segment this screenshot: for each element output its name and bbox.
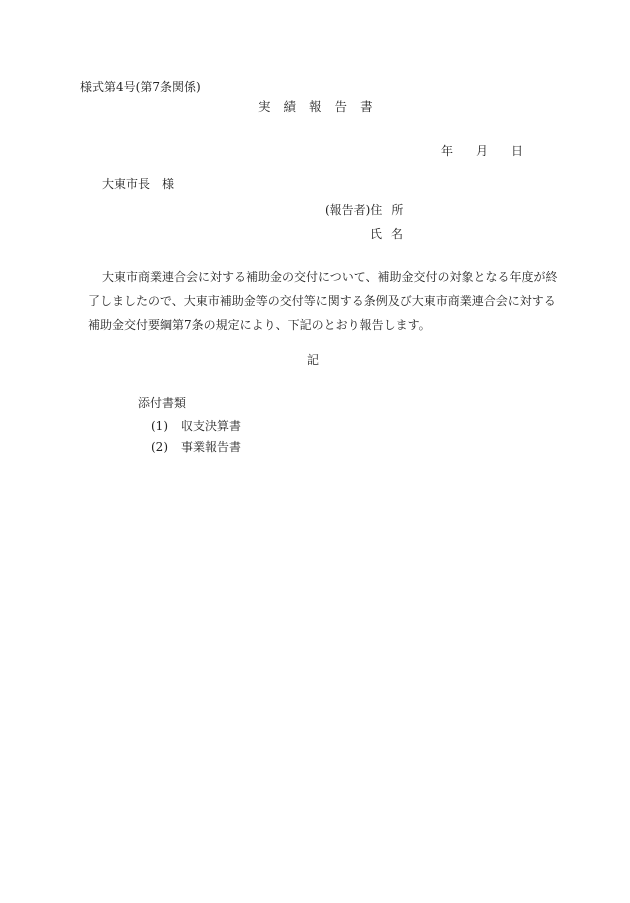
body-paragraph: 大東市商業連合会に対する補助金の交付について、補助金交付の対象となる年度が終 了… — [88, 265, 558, 337]
reporter-name-line: 氏名 — [370, 228, 403, 240]
attachment-number: (1) — [151, 420, 181, 432]
attachment-item: (2)事業報告書 — [151, 441, 241, 453]
body-line: 大東市商業連合会に対する補助金の交付について、補助金交付の対象となる年度が終 — [88, 265, 558, 289]
title-char: 実 — [258, 101, 271, 114]
address-label-1: 住 — [370, 203, 382, 217]
attachments-heading: 添付書類 — [138, 397, 186, 409]
attachment-item: (1)収支決算書 — [151, 420, 241, 432]
addressee: 大東市長様 — [102, 178, 174, 190]
document-title: 実績報告書 — [258, 101, 373, 114]
ki-heading: 記 — [307, 354, 319, 366]
reporter-address-line: (報告者)住所 — [325, 204, 403, 216]
address-label-2: 所 — [391, 203, 403, 217]
attachment-number: (2) — [151, 441, 181, 453]
year-label: 年 — [441, 144, 453, 158]
name-label-1: 氏 — [370, 227, 382, 241]
reporter-prefix: (報告者) — [325, 203, 370, 217]
title-char: 書 — [360, 101, 373, 114]
month-label: 月 — [476, 144, 488, 158]
title-char: 績 — [284, 101, 297, 114]
date-line: 年月日 — [441, 145, 523, 157]
day-label: 日 — [511, 144, 523, 158]
name-label-2: 名 — [391, 227, 403, 241]
body-line: 了しましたので、大東市補助金等の交付等に関する条例及び大東市商業連合会に対する — [88, 289, 558, 313]
addressee-honorific: 様 — [162, 177, 174, 191]
form-number: 様式第4号(第7条関係) — [80, 81, 201, 93]
attachment-label: 収支決算書 — [181, 419, 241, 433]
attachment-label: 事業報告書 — [181, 440, 241, 454]
title-char: 報 — [309, 101, 322, 114]
body-line: 補助金交付要綱第7条の規定により、下記のとおり報告します。 — [88, 313, 558, 337]
addressee-name: 大東市長 — [102, 177, 150, 191]
title-char: 告 — [335, 101, 348, 114]
